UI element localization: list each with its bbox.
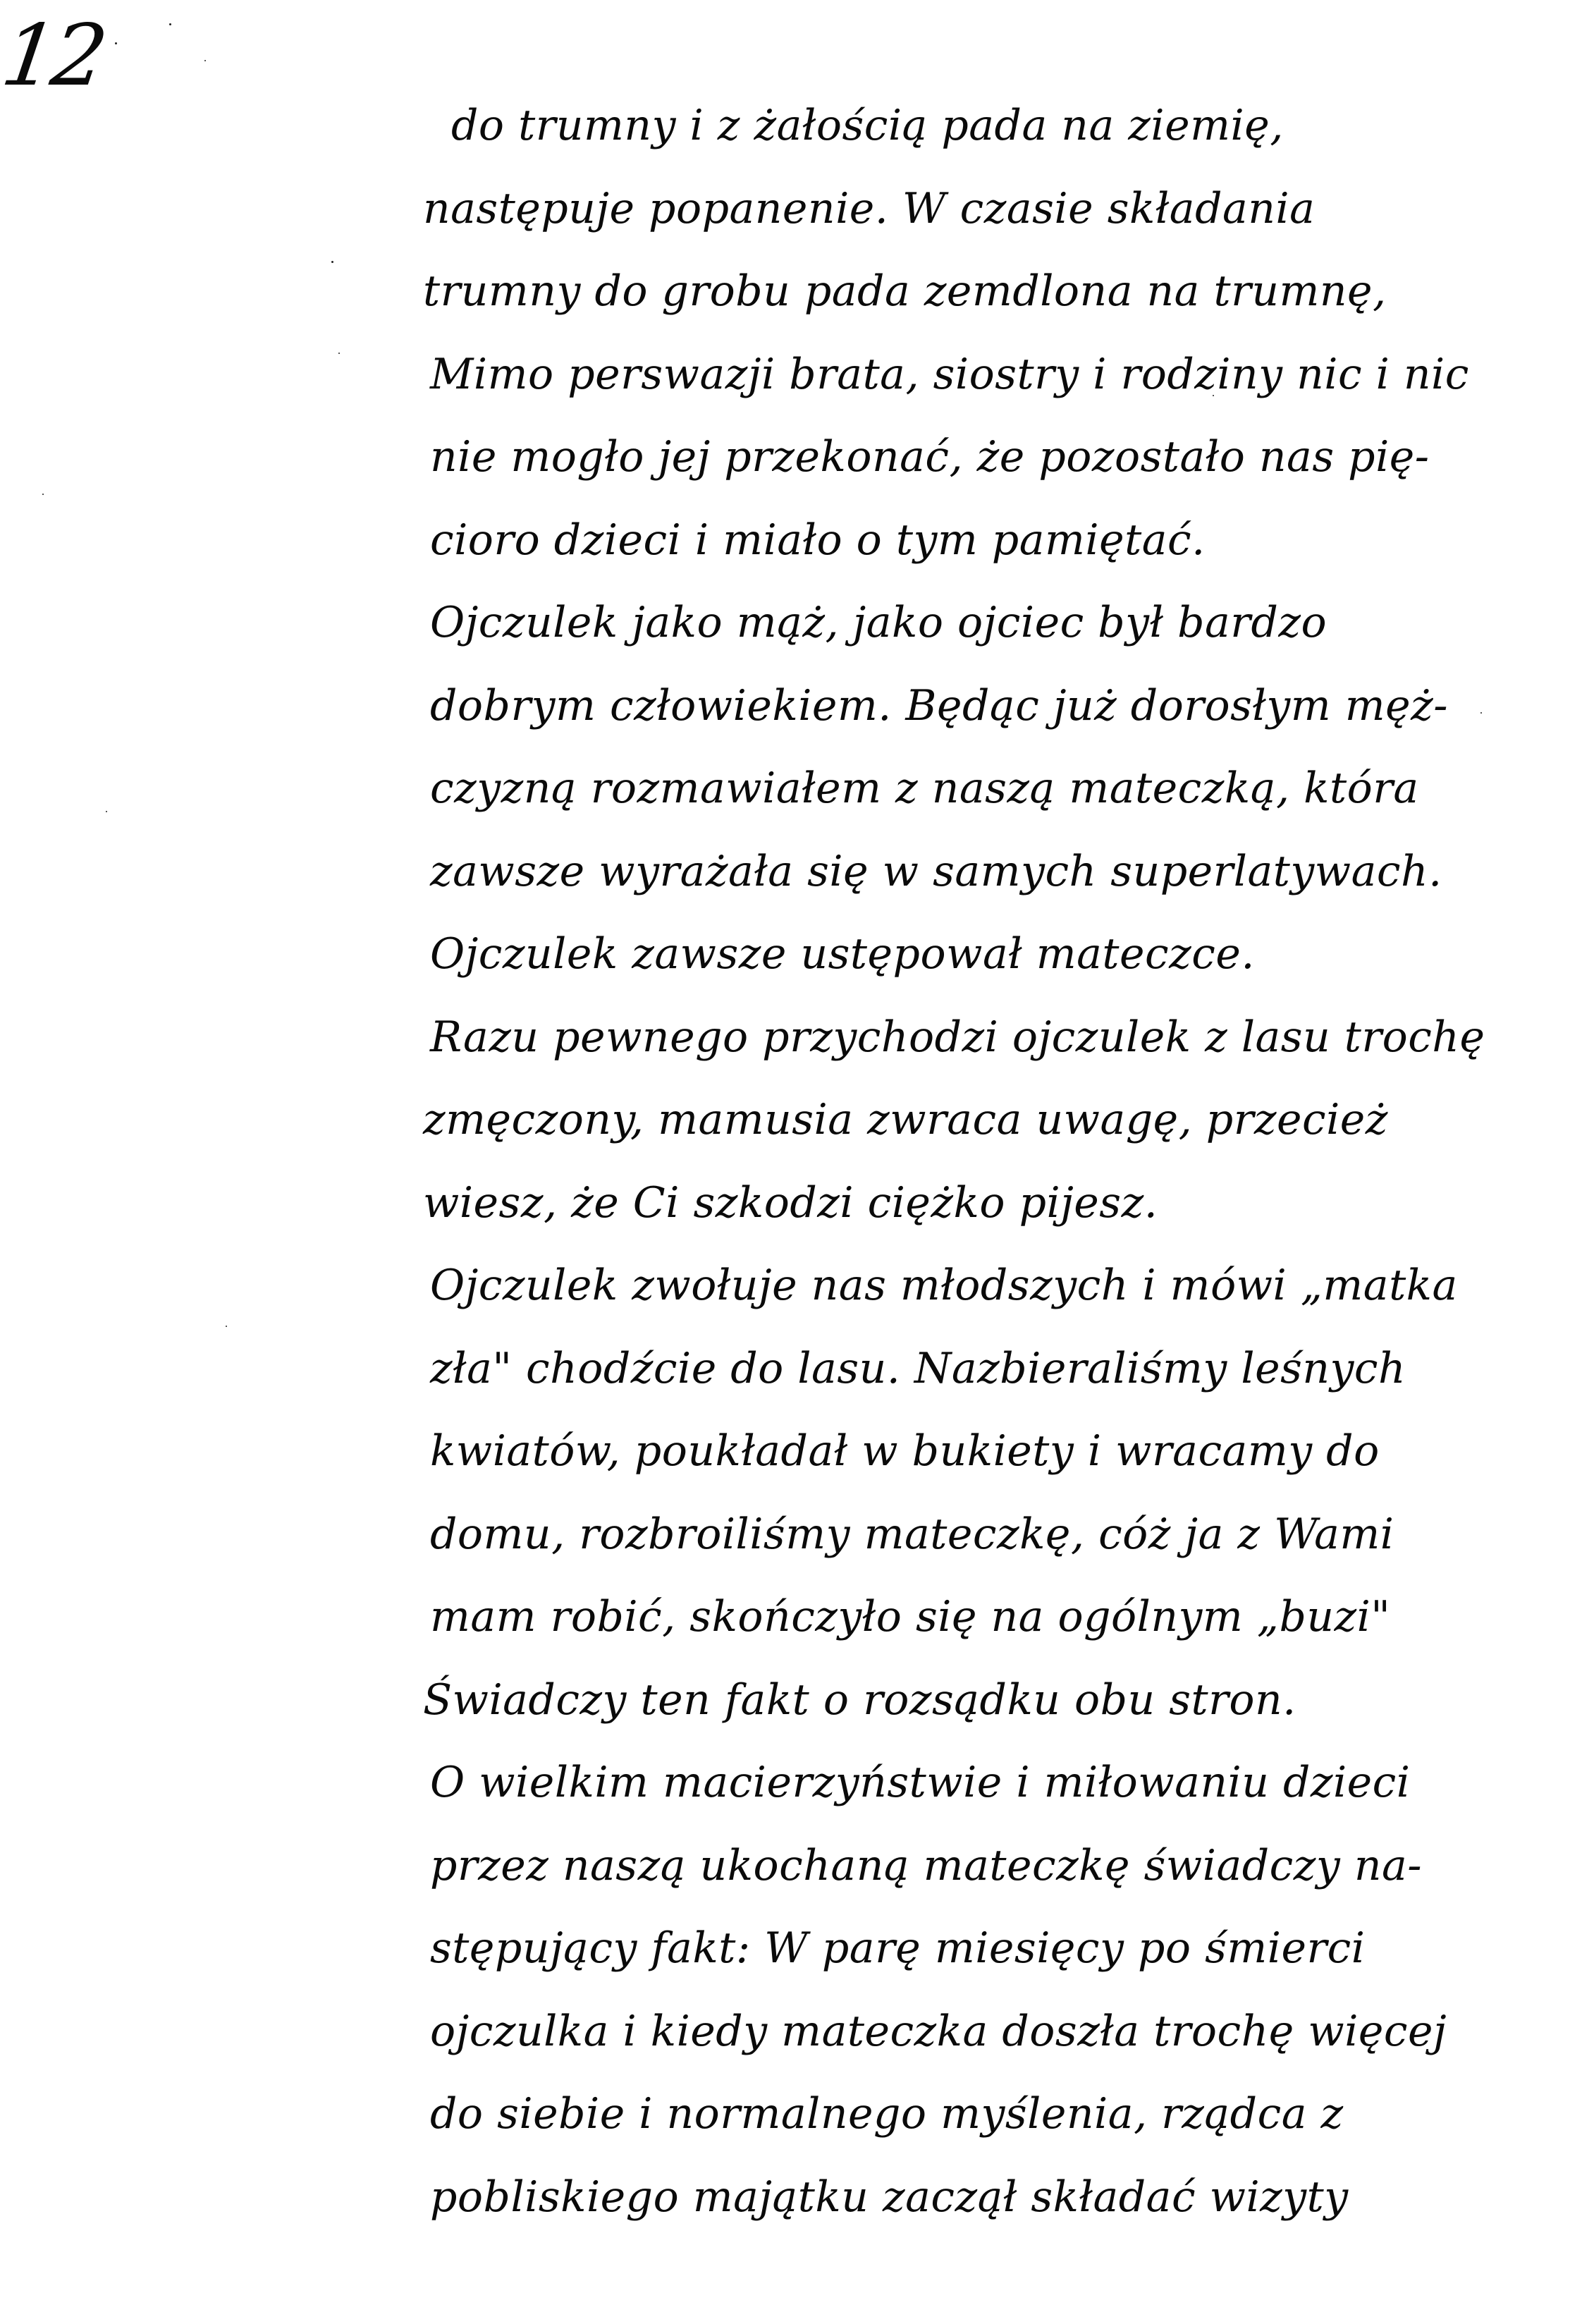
text-line: trumny do grobu pada zemdlona na trumnę, bbox=[423, 250, 1551, 334]
text-line: wiesz, że Ci szkodzi ciężko pijesz. bbox=[423, 1162, 1551, 1245]
scan-speck bbox=[1213, 395, 1214, 396]
text-line: mam robić, skończyło się na ogólnym „buz… bbox=[430, 1576, 1551, 1659]
scan-speck bbox=[1480, 712, 1482, 714]
text-line: pobliskiego majątku zaczął składać wizyt… bbox=[430, 2156, 1551, 2239]
scan-speck bbox=[115, 42, 117, 44]
text-line: stępujący fakt: W parę miesięcy po śmier… bbox=[430, 1907, 1551, 1990]
scan-speck bbox=[169, 23, 171, 25]
text-line: Razu pewnego przychodzi ojczulek z lasu … bbox=[430, 996, 1551, 1080]
text-line: przez naszą ukochaną mateczkę świadczy n… bbox=[430, 1825, 1551, 1908]
text-line: ojczulka i kiedy mateczka doszła trochę … bbox=[430, 1990, 1551, 2074]
scan-speck bbox=[226, 1326, 227, 1327]
text-line: zła" chodźcie do lasu. Nazbieraliśmy leś… bbox=[430, 1328, 1551, 1411]
text-line: O wielkim macierzyństwie i miłowaniu dzi… bbox=[430, 1742, 1551, 1825]
text-line: do trumny i z żałością pada na ziemię, bbox=[451, 85, 1551, 168]
text-line: następuje popanenie. W czasie składania bbox=[423, 168, 1551, 251]
text-line: kwiatów, poukładał w bukiety i wracamy d… bbox=[430, 1410, 1551, 1493]
text-line: Świadczy ten fakt o rozsądku obu stron. bbox=[423, 1659, 1551, 1742]
scan-speck bbox=[331, 261, 333, 263]
handwritten-page: 12 do trumny i z żałością pada na ziemię… bbox=[0, 0, 1582, 2324]
scan-speck bbox=[106, 811, 107, 812]
text-line: czyzną rozmawiałem z naszą mateczką, któ… bbox=[430, 747, 1551, 831]
text-line: do siebie i normalnego myślenia, rządca … bbox=[430, 2073, 1551, 2156]
text-line: zmęczony, mamusia zwraca uwagę, przecież bbox=[423, 1079, 1551, 1162]
text-line: zawsze wyrażała się w samych superlatywa… bbox=[430, 831, 1551, 914]
text-line: Ojczulek zwołuje nas młodszych i mówi „m… bbox=[430, 1244, 1551, 1328]
page-number: 12 bbox=[0, 14, 108, 99]
text-line: dobrym człowiekiem. Będąc już dorosłym m… bbox=[430, 665, 1551, 748]
text-line: Ojczulek zawsze ustępował mateczce. bbox=[430, 913, 1551, 996]
scan-speck bbox=[42, 494, 44, 495]
text-line: domu, rozbroiliśmy mateczkę, cóż ja z Wa… bbox=[430, 1493, 1551, 1577]
scan-speck bbox=[204, 60, 206, 61]
handwritten-text-block: do trumny i z żałością pada na ziemię, n… bbox=[451, 85, 1551, 2239]
scan-speck bbox=[338, 353, 340, 354]
text-line: Ojczulek jako mąż, jako ojciec był bardz… bbox=[430, 582, 1551, 665]
text-line: nie mogło jej przekonać, że pozostało na… bbox=[430, 416, 1551, 499]
text-line: cioro dzieci i miało o tym pamiętać. bbox=[430, 499, 1551, 582]
text-line: Mimo perswazji brata, siostry i rodziny … bbox=[430, 334, 1551, 417]
